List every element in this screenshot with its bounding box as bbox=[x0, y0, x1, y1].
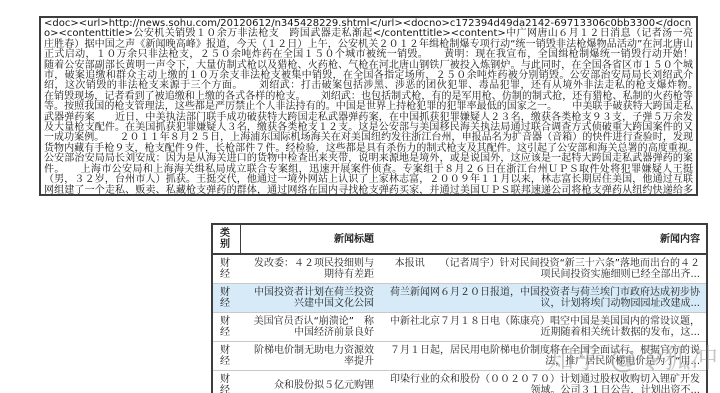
table-row: 财经 阶梯电价制无助电力资源效率提升 ７月１日起，居民用电阶梯电价制度将在全国全… bbox=[212, 342, 707, 371]
cell-content: ７月１日起，居民用电阶梯电价制度将在全国全面试行。根据官方的说法，推广居民阶梯电… bbox=[380, 342, 707, 371]
cell-category: 财经 bbox=[212, 284, 240, 313]
news-table-header: 类别 新闻标题 新闻内容 bbox=[212, 224, 707, 254]
table-row: 财经 美国官员否认“崩溃论” 称中国经济前景良好 中新社北京７月１８日电（陈康亮… bbox=[212, 313, 707, 342]
cell-category: 财经 bbox=[212, 313, 240, 342]
news-table: 类别 新闻标题 新闻内容 财经 发改委：４２项民投细则与期待有差距 本报讯 （记… bbox=[211, 223, 708, 393]
table-row-highlighted: 财经 中国投资者计划在荷兰投资兴建中国文化公园 荷兰新闻网６月２０日报道，中国投… bbox=[212, 284, 707, 313]
cell-content: 本报讯 （记者周宇）针对民间投资“新三十六条”落地而出台的４２项民间投资实施细则… bbox=[380, 254, 707, 284]
header-content: 新闻内容 bbox=[380, 224, 707, 254]
header-category: 类别 bbox=[212, 224, 240, 254]
cell-title: 众和股份拟５亿元购锂 bbox=[240, 371, 380, 393]
cell-category: 财经 bbox=[212, 254, 240, 284]
cell-title: 美国官员否认“崩溃论” 称中国经济前景良好 bbox=[240, 313, 380, 342]
screenshot-root: <doc><url>http://news.sohu.com/20120612/… bbox=[0, 0, 720, 393]
table-row: 财经 发改委：４２项民投细则与期待有差距 本报讯 （记者周宇）针对民间投资“新三… bbox=[212, 254, 707, 284]
cell-content: 荷兰新闻网６月２０日报道，中国投资者与荷兰埃门市政府达成初步协议，计划将埃门动物… bbox=[380, 284, 707, 313]
cell-title: 中国投资者计划在荷兰投资兴建中国文化公园 bbox=[240, 284, 380, 313]
table-row: 财经 众和股份拟５亿元购锂 印染行业的众和股份（００２０７０）计划通过股权收购切… bbox=[212, 371, 707, 393]
cell-category: 财经 bbox=[212, 371, 240, 393]
cell-content: 中新社北京７月１８日电（陈康亮）唱空中国是美国国内的常设议题，近期随着相关统计数… bbox=[380, 313, 707, 342]
raw-corpus-text: <doc><url>http://news.sohu.com/20120612/… bbox=[39, 16, 698, 196]
cell-title: 阶梯电价制无助电力资源效率提升 bbox=[240, 342, 380, 371]
header-title: 新闻标题 bbox=[240, 224, 380, 254]
cell-title: 发改委：４２项民投细则与期待有差距 bbox=[240, 254, 380, 284]
cell-category: 财经 bbox=[212, 342, 240, 371]
cell-content: 印染行业的众和股份（００２０７０）计划通过股权收购切入锂矿开发领域。公司３１日公… bbox=[380, 371, 707, 393]
